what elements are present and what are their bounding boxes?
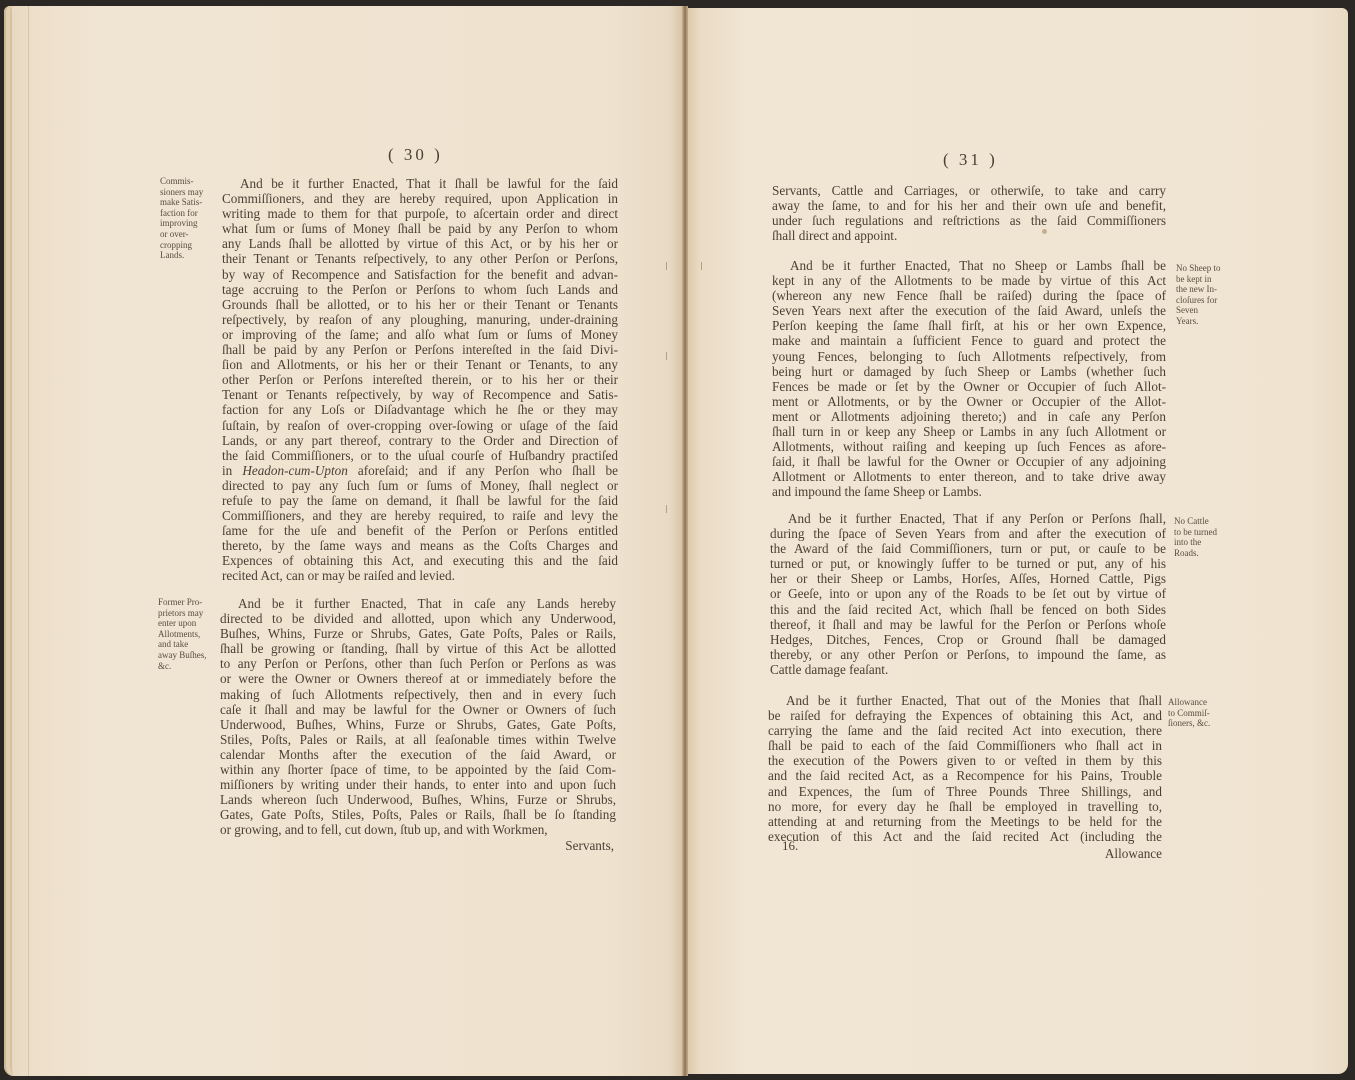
margin-note-line: cloſures for <box>1176 295 1221 306</box>
margin-note-line: or over- <box>160 229 203 240</box>
text-line: refuſe to pay the ſame on demand, it ſha… <box>222 493 618 508</box>
foxing-spot <box>1042 229 1047 234</box>
text-line: ſhall be paid by any Perſon or Perſons i… <box>222 342 618 357</box>
text-line: Grounds ſhall be allotted, or to his her… <box>222 297 618 312</box>
margin-note-line: ſioners, &c. <box>1168 718 1210 729</box>
text-line: ſhall turn in or keep any Sheep or Lambs… <box>772 424 1166 439</box>
text-line: or Geeſe, into or upon any of the Roads … <box>770 586 1166 601</box>
text-line: directed to be divided and allotted, upo… <box>220 611 616 626</box>
text-line: and the ſaid recited Act, as a Recompenc… <box>768 768 1162 783</box>
text-line: Stiles, Poſts, Pales or Rails, at all ſe… <box>220 732 616 747</box>
text-line: Hedges, Ditches, Fences, Crop or Ground … <box>770 632 1166 647</box>
margin-note-line: away Buſhes, <box>158 650 207 661</box>
text-line: be raiſed for defraying the Expences of … <box>768 708 1162 723</box>
margin-note-allowance: Allowanceto Commiſ-ſioners, &c. <box>1168 697 1210 729</box>
text-line: Gates, Gate Poſts, Stiles, Poſts, Pales … <box>220 807 616 822</box>
margin-note-line: Former Pro- <box>158 597 207 608</box>
text-line: caſe it ſhall and may be lawful for the … <box>220 702 616 717</box>
margin-note-line: Roads. <box>1174 548 1217 559</box>
text-line: attending at and returning from the Meet… <box>768 814 1162 829</box>
text-line: Cattle damage feaſant. <box>770 662 1166 677</box>
margin-note-line: sioners may <box>160 187 203 198</box>
text-line: And be it further Enacted, That if any P… <box>770 511 1166 526</box>
text-line: ſion and Allotments, or his her or their… <box>222 357 618 372</box>
right-paragraph-sheep: And be it further Enacted, That no Sheep… <box>772 258 1166 500</box>
text-line: Underwood, Buſhes, Whins, Furze or Shrub… <box>220 717 616 732</box>
text-line: Commiſſioners, and they are hereby requi… <box>222 508 618 523</box>
text-line: turned or put, or knowingly ſuffer to be… <box>770 556 1166 571</box>
text-line: kept in any of the Allotments to be made… <box>772 273 1166 288</box>
margin-note-line: to Commiſ- <box>1168 708 1210 719</box>
text-line: And be it further Enacted, That out of t… <box>768 693 1162 708</box>
text-line: Tenant or Tenants reſpectively, by way o… <box>222 387 618 402</box>
margin-note-no-cattle: No Cattleto be turnedinto theRoads. <box>1174 516 1217 558</box>
text-line: young Fences, belonging to ſuch Allotmen… <box>772 349 1166 364</box>
text-line: what ſum or ſums of Money ſhall be paid … <box>222 221 618 236</box>
left-catchword: Servants, <box>220 838 614 853</box>
text-line: thereof, it ſhall and may be lawful for … <box>770 617 1166 632</box>
margin-note-no-sheep: No Sheep tobe kept inthe new In-cloſures… <box>1176 263 1221 327</box>
margin-note-line: improving <box>160 218 203 229</box>
text-line: within any ſhorter ſpace of time, to be … <box>220 762 616 777</box>
text-line: ſaid, it ſhall be lawful for the Owner o… <box>772 454 1166 469</box>
text-line: her or their Sheep or Lambs, Horſes, Aſſ… <box>770 571 1166 586</box>
text-line: (whereon any new Fence ſhall be raiſed) … <box>772 288 1166 303</box>
margin-note-line: into the <box>1174 537 1217 548</box>
catchword-servants: Servants, <box>220 838 614 853</box>
margin-note-line: to be turned <box>1174 527 1217 538</box>
page-mark <box>701 262 702 270</box>
text-line: ſame for the uſe and benefit of the Perſ… <box>222 523 618 538</box>
margin-note-line: Seven <box>1176 305 1221 316</box>
page-edge-stack <box>4 6 29 1076</box>
place-name: Headon-cum-Upton <box>242 463 347 478</box>
right-continuation: Servants, Cattle and Carriages, or other… <box>772 183 1166 243</box>
text-line: ment or Allotments, or by the Owner or O… <box>772 394 1166 409</box>
text-line: And be it further Enacted, That it ſhall… <box>222 176 618 191</box>
text-line: faction for any Loſs or Diſadvantage whi… <box>222 402 618 417</box>
text-line: Expences of obtaining this Act, and exec… <box>222 553 618 568</box>
text-line: reſpectively, by reaſon of any ploughing… <box>222 312 618 327</box>
text-line: to any Perſon or Perſons, other than ſuc… <box>220 656 616 671</box>
page-mark <box>666 352 667 360</box>
text-line: or growing, and to fell, cut down, ſtub … <box>220 822 616 837</box>
text-line: Buſhes, Whins, Furze or Shrubs, Gates, G… <box>220 626 616 641</box>
text-line: ſhall be paid to each of the ſaid Commiſ… <box>768 738 1162 753</box>
margin-note-line: cropping <box>160 240 203 251</box>
margin-note-line: Commis- <box>160 176 203 187</box>
text-line: the Award of the ſaid Commiſſioners, tur… <box>770 541 1166 556</box>
text-line: Perſon keeping the ſame ſhall firſt, at … <box>772 318 1166 333</box>
text-line: or were the Owner or Owners thereof at o… <box>220 671 616 686</box>
text-line: the ſaid Commiſſioners, or to the uſual … <box>222 448 618 463</box>
text-line: the execution of the Powers given to or … <box>768 753 1162 768</box>
text-line: their Tenant or Tenants reſpectively, to… <box>222 251 618 266</box>
book-spread: ( 30 ) Commis-sioners maymake Satis-fact… <box>0 0 1355 1080</box>
text-line: execution of this Act and the ſaid recit… <box>768 829 1162 844</box>
text-line: recited Act, can or may be raiſed and le… <box>222 568 618 583</box>
margin-note-line: Years. <box>1176 316 1221 327</box>
catchword-allowance: Allowance <box>768 846 1162 861</box>
text-line: tage accruing to the Perſon or Perſons t… <box>222 282 618 297</box>
text-line: and impound the ſame Sheep or Lambs. <box>772 484 1166 499</box>
margin-note-line: the new In- <box>1176 284 1221 295</box>
right-paragraph-cattle: And be it further Enacted, That if any P… <box>770 511 1166 677</box>
text-line: or improving of the ſame; and alſo what … <box>222 327 618 342</box>
text-line: And be it further Enacted, That no Sheep… <box>772 258 1166 273</box>
text-line: Servants, Cattle and Carriages, or other… <box>772 183 1166 198</box>
text-line: during the ſpace of Seven Years from and… <box>770 526 1166 541</box>
page-mark <box>666 262 667 270</box>
text-line: writing made to them for that purpoſe, t… <box>222 206 618 221</box>
text-line: being hurt or damaged by ſuch Sheep or L… <box>772 364 1166 379</box>
left-paragraph-2: And be it further Enacted, That in caſe … <box>220 596 616 838</box>
margin-note-former-proprietors: Former Pro-prietors mayenter uponAllotme… <box>158 597 207 671</box>
margin-note-line: Allotments, <box>158 629 207 640</box>
text-line: away the ſame, to and for his her and th… <box>772 198 1166 213</box>
margin-note-line: Allowance <box>1168 697 1210 708</box>
page-number-right: ( 31 ) <box>943 150 998 170</box>
page-mark <box>666 505 667 513</box>
text-line: making of ſuch Allotments reſpectively, … <box>220 687 616 702</box>
text-line: Fences be made or ſet by the Owner or Oc… <box>772 379 1166 394</box>
right-paragraph-allowance: And be it further Enacted, That out of t… <box>768 693 1162 844</box>
text-line: Allotments, without raiſing and keeping … <box>772 439 1166 454</box>
text-line: thereto, by the ſame ways and means as t… <box>222 538 618 553</box>
text-line: make and maintain a ſufficient Fence to … <box>772 333 1166 348</box>
text-line: Lands whereon ſuch Underwood, Buſhes, Wh… <box>220 792 616 807</box>
text-line: miſſioners by writing under their hands,… <box>220 777 616 792</box>
text-line: no more, for every day he ſhall be emplo… <box>768 799 1162 814</box>
text-line: Seven Years next after the execution of … <box>772 303 1166 318</box>
margin-note-line: make Satis- <box>160 197 203 208</box>
text-line: by way of Recompence and Satisfaction fo… <box>222 267 618 282</box>
margin-note-commissioners-satisfaction: Commis-sioners maymake Satis-faction for… <box>160 176 203 261</box>
right-catchword: Allowance <box>768 846 1162 861</box>
text-line: ſhall direct and appoint. <box>772 228 1166 243</box>
text-line: and Expences, the ſum of Three Pounds Th… <box>768 784 1162 799</box>
text-line: this and the ſaid recited Act, which ſha… <box>770 602 1166 617</box>
margin-note-line: faction for <box>160 208 203 219</box>
left-paragraph-1: And be it further Enacted, That it ſhall… <box>222 176 618 584</box>
text-line: thereby, or any other Perſon or Perſons,… <box>770 647 1166 662</box>
text-line: in Headon-cum-Upton aforeſaid; and if an… <box>222 463 618 478</box>
text-line: ſhall be growing or ſtanding, ſhall by v… <box>220 641 616 656</box>
margin-note-line: enter upon <box>158 618 207 629</box>
margin-note-line: No Sheep to <box>1176 263 1221 274</box>
margin-note-line: No Cattle <box>1174 516 1217 527</box>
text-line: calendar Months after the execution of t… <box>220 747 616 762</box>
text-line: Allotment or Allotments to enter thereon… <box>772 469 1166 484</box>
text-line: Commiſſioners, and they are hereby requi… <box>222 191 618 206</box>
text-line: ſuſtain, by reaſon of over-cropping over… <box>222 418 618 433</box>
text-line: carrying the ſame and the ſaid recited A… <box>768 723 1162 738</box>
margin-note-line: be kept in <box>1176 274 1221 285</box>
margin-note-line: prietors may <box>158 608 207 619</box>
text-line: under ſuch regulations and reſtrictions … <box>772 213 1166 228</box>
text-line: directed to pay any ſuch ſum or ſums of … <box>222 478 618 493</box>
margin-note-line: Lands. <box>160 250 203 261</box>
text-line: ment or Allotments adjoining thereto;) a… <box>772 409 1166 424</box>
margin-note-line: &c. <box>158 661 207 672</box>
margin-note-line: and take <box>158 639 207 650</box>
text-line: any Lands ſhall be allotted by virtue of… <box>222 236 618 251</box>
text-line: Lands, or any part thereof, contrary to … <box>222 433 618 448</box>
text-line: other Perſon or Perſons intereſted there… <box>222 372 618 387</box>
text-line: And be it further Enacted, That in caſe … <box>220 596 616 611</box>
page-number-left: ( 30 ) <box>388 145 443 165</box>
